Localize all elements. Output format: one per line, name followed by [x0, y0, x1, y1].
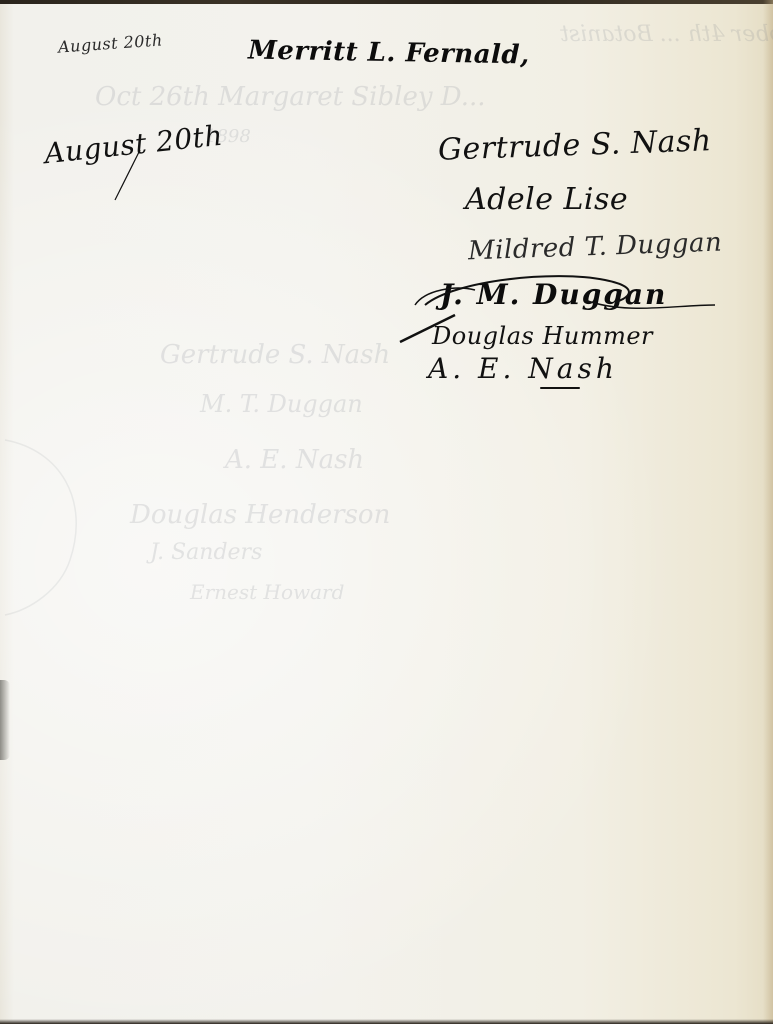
signature: J. M. Duggan [440, 278, 667, 311]
signature: Douglas Hummer [432, 322, 653, 350]
show-through-line: Gertrude S. Nash [160, 340, 390, 370]
signature-underline [540, 387, 580, 389]
show-through-line: A. E. Nash [225, 445, 364, 475]
entry-date: August 20th [57, 30, 163, 56]
show-through-line: Douglas Henderson [130, 500, 390, 530]
show-through-line: October 4th ... Botanist [560, 22, 773, 47]
signature: Gertrude S. Nash [437, 123, 712, 168]
guest-book-page: October 4th ... Botanist Oct 26th Margar… [0, 0, 773, 1024]
show-through-line: Ernest Howard [190, 580, 344, 604]
page-stain-mark [0, 680, 10, 760]
signature: A. E. Nash [428, 352, 618, 385]
page-right-edge-shade [763, 0, 773, 1024]
page-top-edge-shadow [0, 0, 773, 4]
signature: Adele Lise [465, 182, 628, 217]
show-through-circle-mark [0, 420, 120, 620]
signature: Mildred T. Duggan [468, 228, 723, 267]
signature: Merritt L. Fernald, [248, 36, 530, 71]
show-through-line: M. T. Duggan [200, 390, 363, 418]
page-bottom-edge-shadow [0, 1019, 773, 1024]
show-through-line: J. Sanders [150, 540, 262, 565]
entry-date: August 20th [43, 119, 225, 171]
show-through-line: Oct 26th Margaret Sibley D... [95, 82, 486, 112]
